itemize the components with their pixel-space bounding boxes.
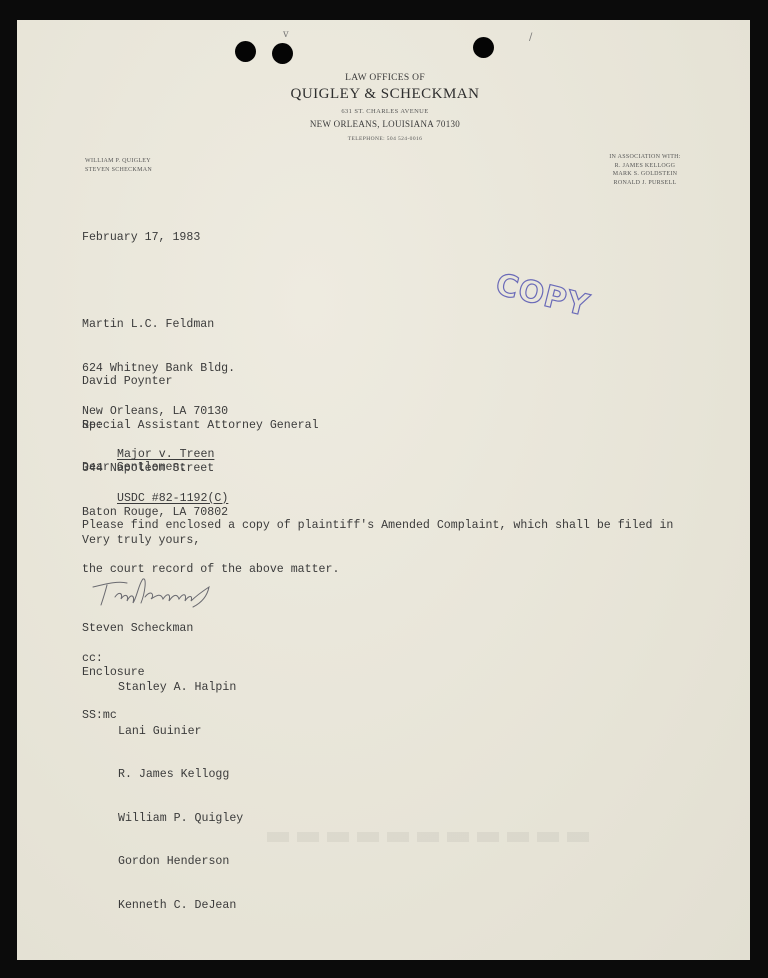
punch-hole bbox=[272, 43, 293, 64]
associate-name: MARK S. GOLDSTEIN bbox=[590, 170, 700, 179]
address-line: Martin L.C. Feldman bbox=[82, 318, 235, 333]
firm-street: 631 ST. CHARLES AVENUE bbox=[250, 108, 520, 115]
associate-name: R. JAMES KELLOGG bbox=[590, 162, 700, 171]
letter-date: February 17, 1983 bbox=[82, 231, 200, 246]
firm-label: LAW OFFICES OF bbox=[250, 73, 520, 83]
salutation: Dear Gentlemen: bbox=[82, 461, 186, 476]
closing: Very truly yours, bbox=[82, 534, 200, 549]
letter-page: v / LAW OFFICES OF QUIGLEY & SCHECKMAN 6… bbox=[17, 20, 750, 960]
bleed-through-text bbox=[267, 832, 597, 842]
cc-name: William P. Quigley bbox=[118, 812, 243, 827]
cc-name: R. James Kellogg bbox=[118, 768, 243, 783]
handwritten-mark: / bbox=[529, 32, 532, 43]
copy-stamp: COPY bbox=[492, 267, 593, 324]
body-line: Please find enclosed a copy of plaintiff… bbox=[82, 519, 673, 534]
re-label: Re: bbox=[82, 419, 103, 434]
partners-list: WILLIAM P. QUIGLEY STEVEN SCHECKMAN bbox=[85, 157, 152, 174]
cc-name: Stanley A. Halpin bbox=[118, 681, 243, 696]
associate-name: RONALD J. PURSELL bbox=[590, 179, 700, 188]
firm-telephone: TELEPHONE: 504 524-0016 bbox=[250, 136, 520, 142]
cc-name: Gordon Henderson bbox=[118, 855, 243, 870]
partner-name: WILLIAM P. QUIGLEY bbox=[85, 157, 152, 166]
cc-name: Kenneth C. DeJean bbox=[118, 899, 243, 914]
partner-name: STEVEN SCHECKMAN bbox=[85, 166, 152, 175]
handwritten-mark: v bbox=[283, 29, 289, 40]
association-list: IN ASSOCIATION WITH: R. JAMES KELLOGG MA… bbox=[590, 153, 700, 187]
punch-hole bbox=[235, 41, 256, 62]
punch-hole bbox=[473, 37, 494, 58]
cc-label: cc: bbox=[82, 652, 103, 667]
association-label: IN ASSOCIATION WITH: bbox=[590, 153, 700, 162]
address-line: David Poynter bbox=[82, 375, 319, 390]
cc-list: Stanley A. Halpin Lani Guinier R. James … bbox=[118, 652, 243, 942]
signer-name: Steven Scheckman bbox=[82, 622, 193, 637]
firm-city: NEW ORLEANS, LOUISIANA 70130 bbox=[250, 119, 520, 129]
cc-name: Lani Guinier bbox=[118, 725, 243, 740]
firm-name: QUIGLEY & SCHECKMAN bbox=[250, 86, 520, 103]
